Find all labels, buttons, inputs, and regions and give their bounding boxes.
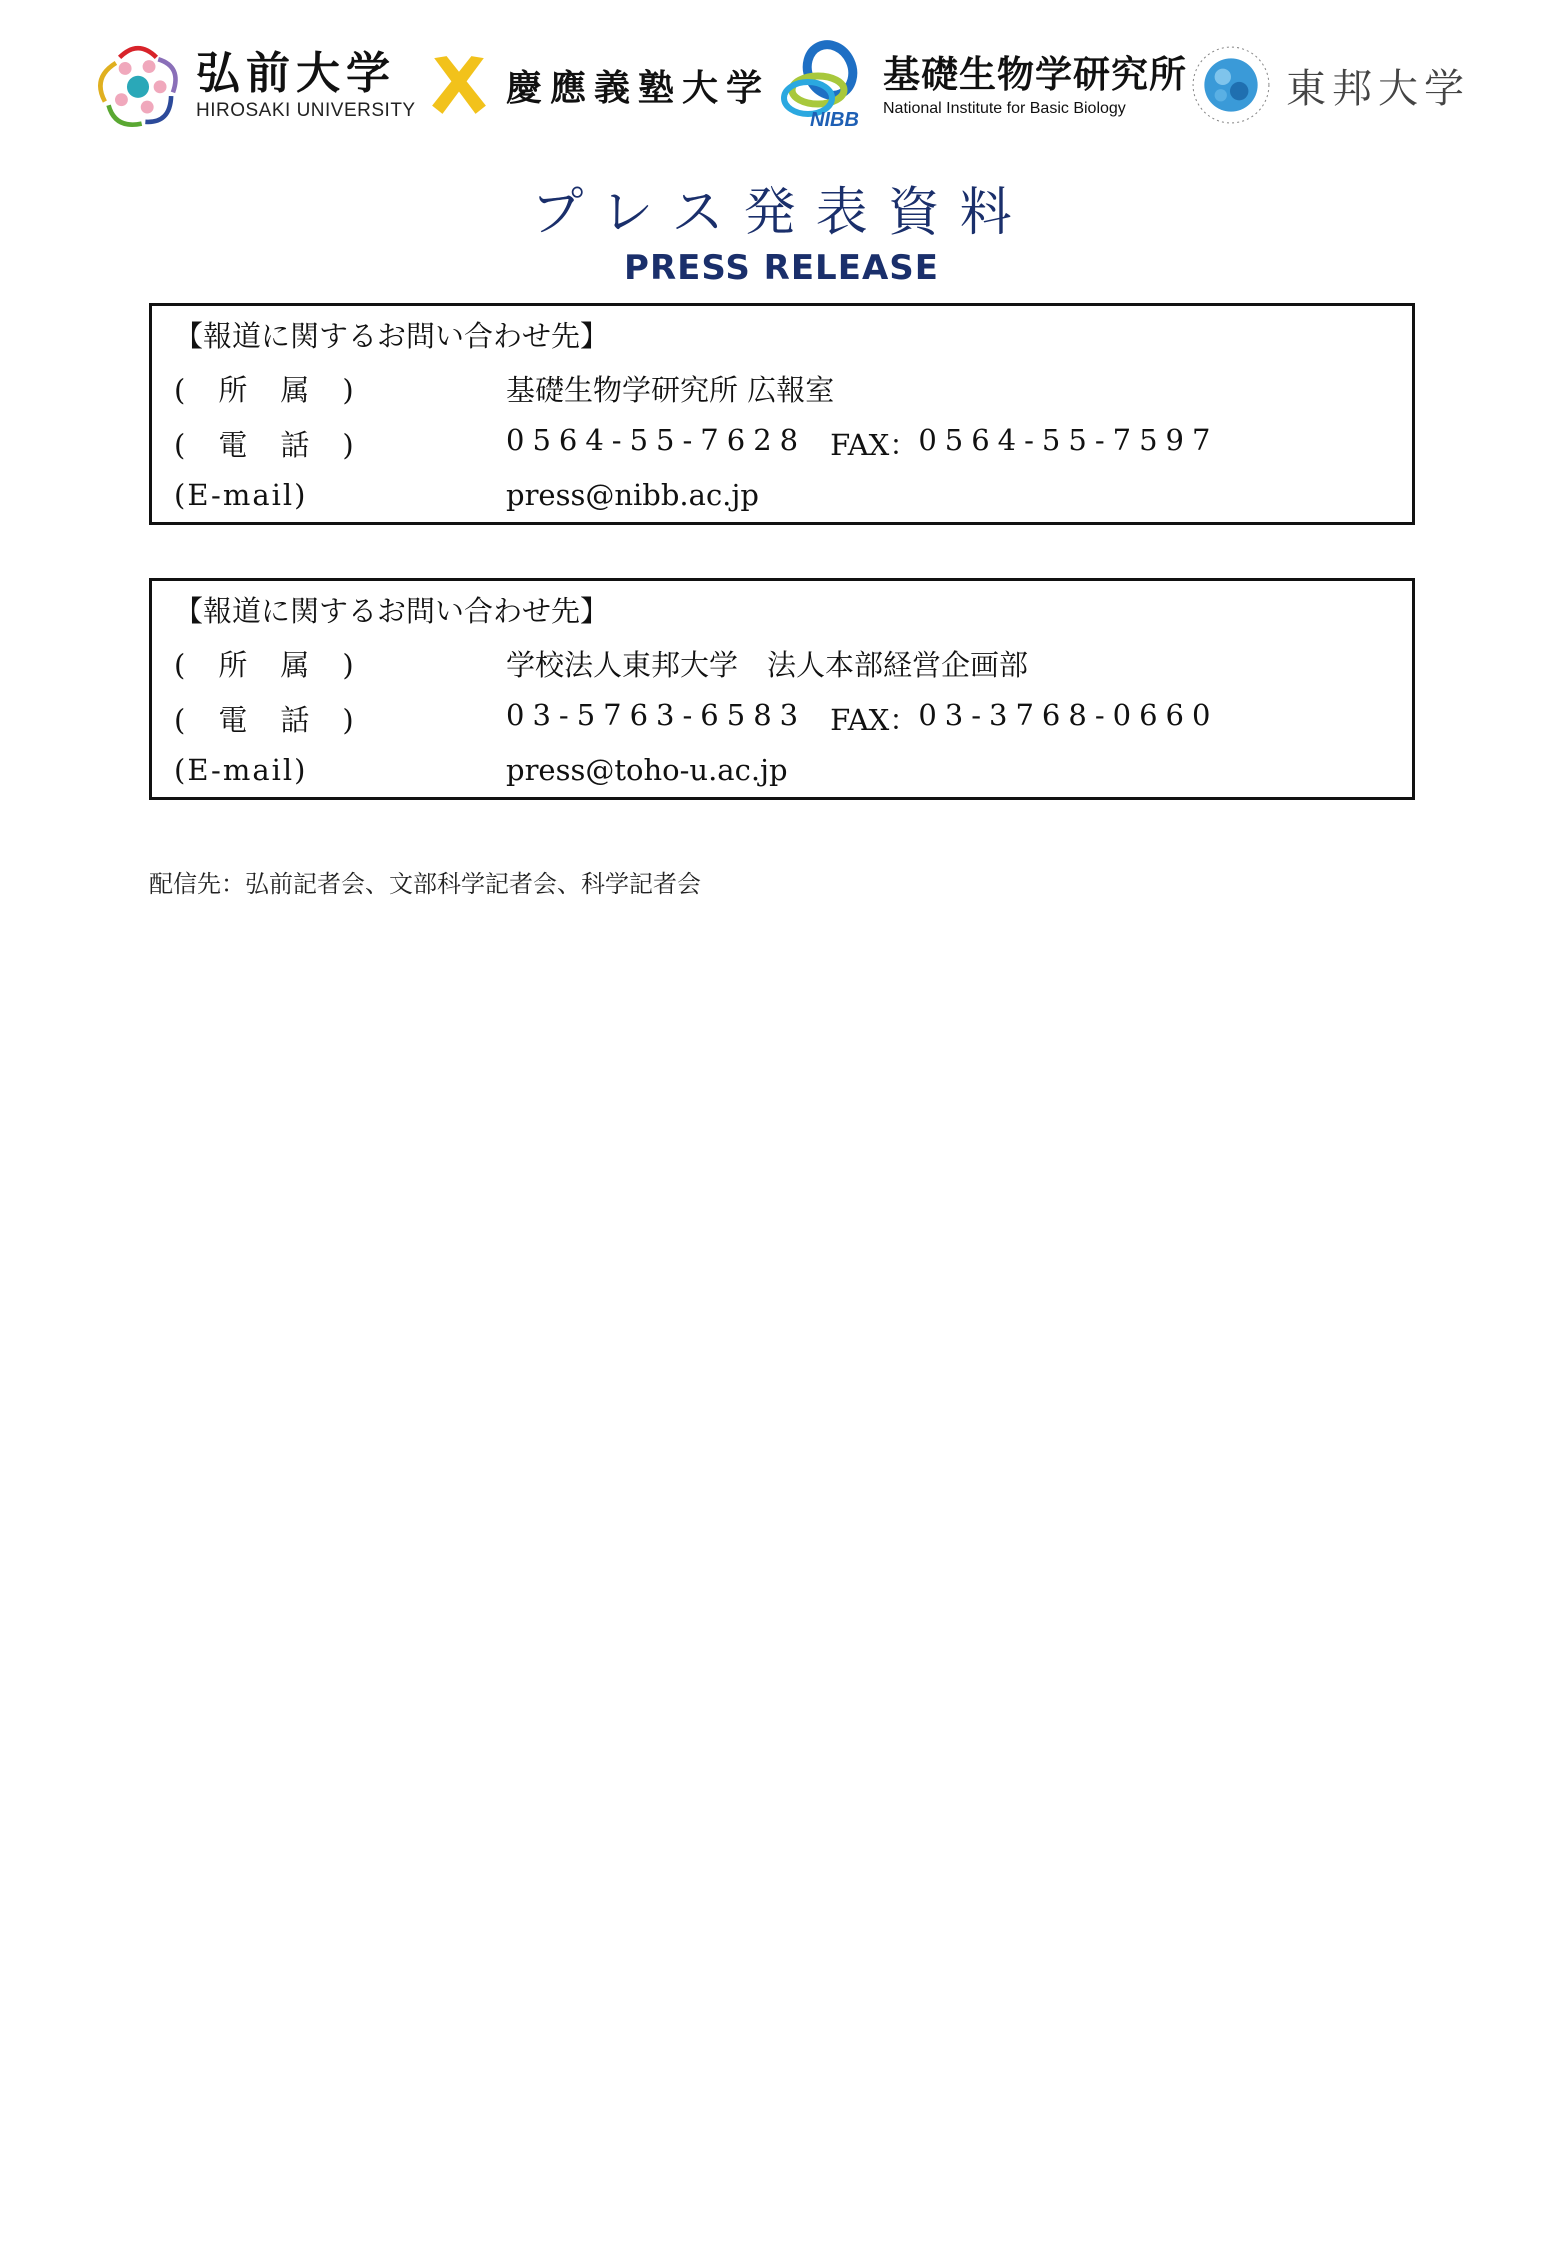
fax-label: FAX： <box>830 423 918 463</box>
email-link[interactable]: press@nibb.ac.jp <box>506 478 759 518</box>
email-link[interactable]: press@toho-u.ac.jp <box>506 753 788 793</box>
hirosaki-name-jp: 弘前大学 <box>196 48 416 100</box>
phone-row: ( 電 話 ) 03-5763-6583 FAX： 03-3768-0660 <box>174 698 1218 738</box>
phone-row: ( 電 話 ) 0564-55-7628 FAX： 0564-55-7597 <box>174 423 1218 463</box>
email-row: (E-mail) press@toho-u.ac.jp <box>174 753 788 793</box>
affiliation-label: ( 所 属 ) <box>174 643 506 683</box>
page-title-en: PRESS RELEASE <box>0 248 1563 288</box>
keio-name-jp: 慶應義塾大学 <box>506 60 770 111</box>
toho-logo: 東邦大学 <box>1190 30 1470 140</box>
crossed-pens-emblem-icon <box>428 54 490 116</box>
affiliation-row: ( 所 属 ) 基礎生物学研究所 広報室 <box>174 368 834 408</box>
toho-name-jp: 東邦大学 <box>1286 57 1470 114</box>
distribution-list: 配信先：弘前記者会、文部科学記者会、科学記者会 <box>149 864 701 899</box>
hirosaki-logo: 弘前大学 HIROSAKI UNIVERSITY <box>92 30 416 140</box>
hirosaki-name-en: HIROSAKI UNIVERSITY <box>196 100 416 122</box>
nibb-name-jp: 基礎生物学研究所 <box>883 52 1187 96</box>
phone-label: ( 電 話 ) <box>174 423 506 463</box>
fax-label: FAX： <box>830 698 918 738</box>
phone-value: 03-5763-6583 <box>506 698 806 738</box>
affiliation-value: 基礎生物学研究所 広報室 <box>506 368 834 408</box>
keio-logo: 慶應義塾大学 <box>428 30 770 140</box>
nibb-rings-emblem-icon: NIBB <box>778 40 873 130</box>
email-row: (E-mail) press@nibb.ac.jp <box>174 478 759 518</box>
contact-heading: 【報道に関するお問い合わせ先】 <box>174 589 609 630</box>
svg-text:NIBB: NIBB <box>810 109 859 130</box>
nibb-logo: NIBB 基礎生物学研究所 National Institute for Bas… <box>778 30 1187 140</box>
phone-value: 0564-55-7628 <box>506 423 806 463</box>
affiliation-row: ( 所 属 ) 学校法人東邦大学 法人本部経営企画部 <box>174 643 1028 683</box>
email-label: (E-mail) <box>174 753 506 793</box>
phone-label: ( 電 話 ) <box>174 698 506 738</box>
toho-seal-emblem-icon <box>1190 44 1272 126</box>
fax-value: 03-3768-0660 <box>918 698 1218 738</box>
page-title-jp: プレス発表資料 <box>0 170 1563 245</box>
plum-blossom-emblem-icon <box>92 39 184 131</box>
fax-value: 0564-55-7597 <box>918 423 1218 463</box>
logo-row: 弘前大学 HIROSAKI UNIVERSITY 慶應義塾大学 NIBB 基礎生… <box>0 30 1563 140</box>
contact-box-toho: 【報道に関するお問い合わせ先】 ( 所 属 ) 学校法人東邦大学 法人本部経営企… <box>149 578 1415 800</box>
affiliation-value: 学校法人東邦大学 法人本部経営企画部 <box>506 643 1028 683</box>
contact-heading: 【報道に関するお問い合わせ先】 <box>174 314 609 355</box>
email-label: (E-mail) <box>174 478 506 518</box>
nibb-name-en: National Institute for Basic Biology <box>883 100 1187 118</box>
affiliation-label: ( 所 属 ) <box>174 368 506 408</box>
contact-box-nibb: 【報道に関するお問い合わせ先】 ( 所 属 ) 基礎生物学研究所 広報室 ( 電… <box>149 303 1415 525</box>
